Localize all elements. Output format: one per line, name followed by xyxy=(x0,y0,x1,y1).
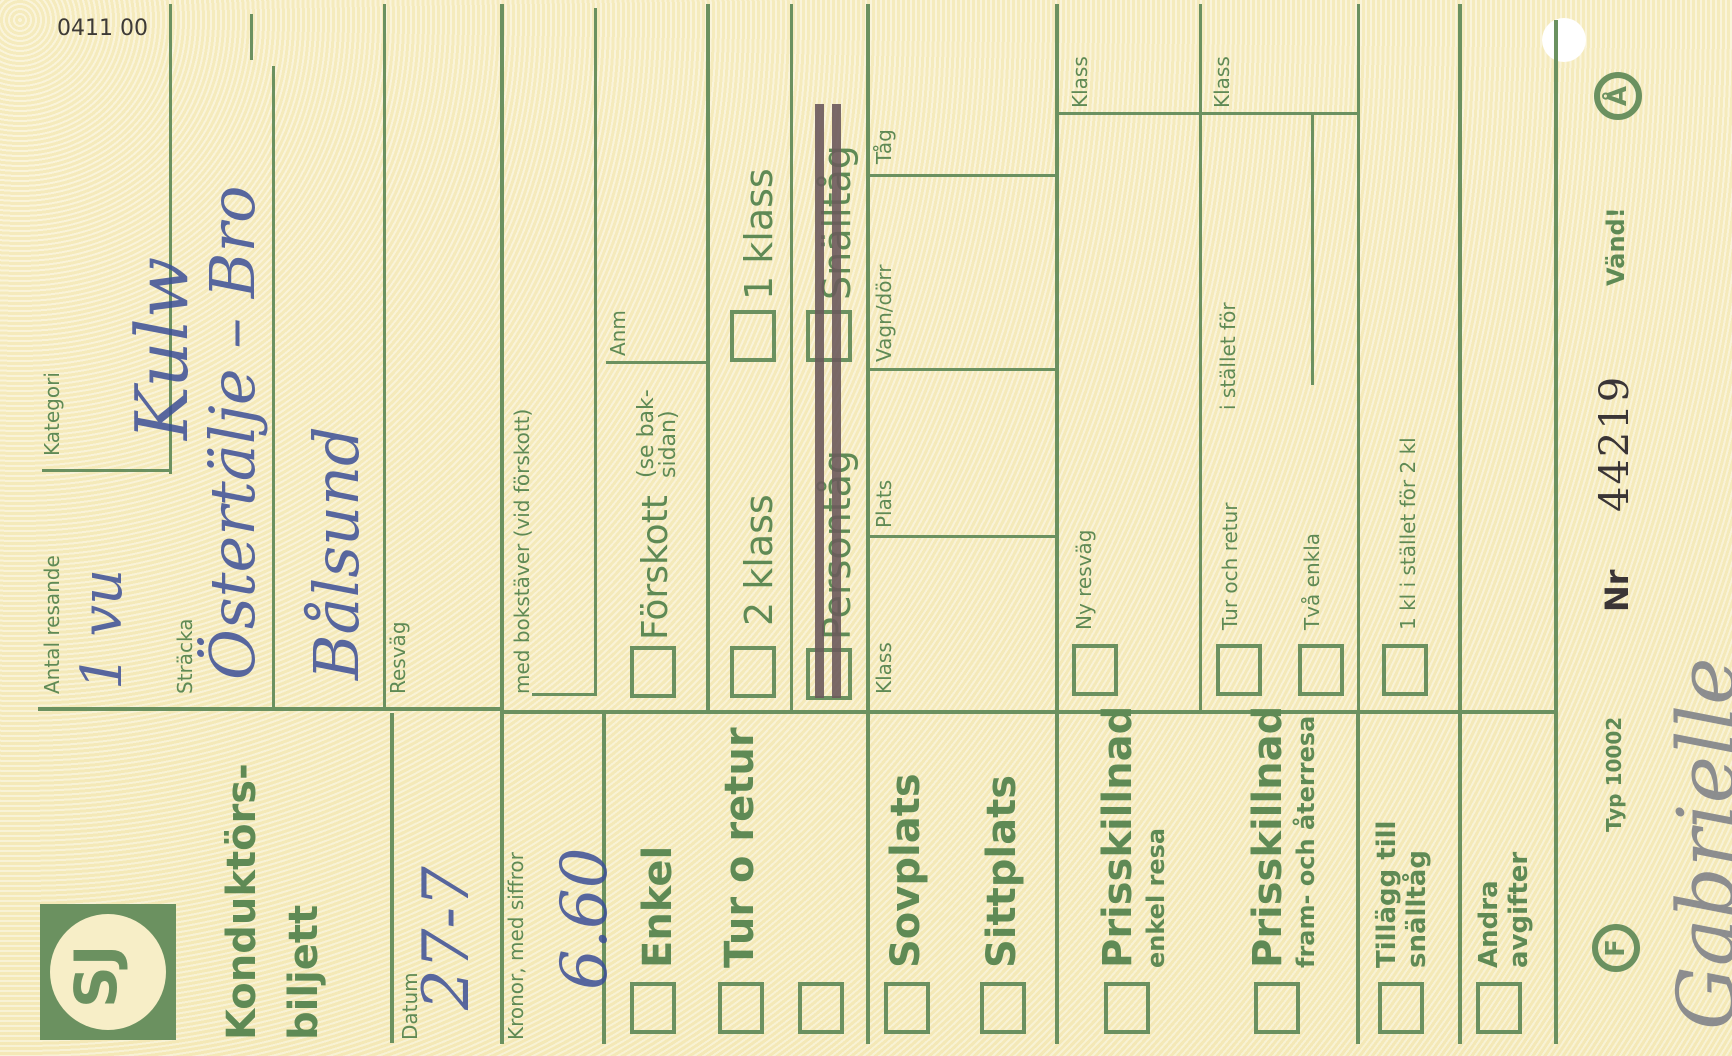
divider xyxy=(42,469,170,472)
checkbox-sittplats[interactable] xyxy=(980,982,1026,1034)
checkbox-forskott[interactable] xyxy=(630,646,676,698)
label-tag: Tåg xyxy=(874,129,894,164)
label-antal-resande: Antal resande xyxy=(42,555,62,694)
label-tillagg: Tillägg till xyxy=(1374,821,1400,968)
divider xyxy=(870,174,1056,177)
label-tur-o-retur: Tur o retur xyxy=(720,727,760,968)
label-prisskillnad-fram-ater: Prisskillnad xyxy=(1248,706,1288,968)
divider xyxy=(1357,4,1360,712)
checkbox-snalltag[interactable] xyxy=(806,310,852,362)
strikethrough-line xyxy=(815,104,824,698)
ticket-type: Typ 10002 xyxy=(1604,717,1624,832)
label-tva-enkla: Två enkla xyxy=(1302,533,1322,630)
ticket-number-label: Nr xyxy=(1598,569,1636,612)
label-med-bokstaver: med bokstäver (vid förskott) xyxy=(512,409,532,694)
divider xyxy=(532,693,597,696)
punch-hole xyxy=(1542,18,1586,62)
label-andra: Andra xyxy=(1476,880,1502,968)
handwritten-kronor: 6.60 xyxy=(548,848,622,991)
divider xyxy=(500,710,1558,714)
checkbox-1kl-for-2kl[interactable] xyxy=(1382,644,1428,696)
checkbox-2-klass[interactable] xyxy=(730,646,776,698)
label-klass-b: Klass xyxy=(1212,56,1232,108)
label-sovplats: Sovplats xyxy=(886,773,926,968)
handwritten-signature: Gabrielle xyxy=(1660,658,1732,1031)
label-plats: Plats xyxy=(874,480,894,528)
sj-logo-text: SJ xyxy=(62,945,130,1008)
divider xyxy=(870,368,1056,371)
label-stracka: Sträcka xyxy=(175,619,195,695)
label-forskott-note: (se bak- sidan) xyxy=(636,388,680,478)
label-tillagg-sub: snälltåg xyxy=(1404,850,1430,968)
divider xyxy=(1356,714,1360,1044)
symbol-bottom: F xyxy=(1592,924,1640,972)
divider xyxy=(866,4,870,1044)
symbol-bottom-letter: F xyxy=(1598,930,1634,966)
label-enkel: Enkel xyxy=(638,846,678,968)
label-tur-och-retur: Tur och retur xyxy=(1220,502,1240,630)
symbol-top-letter: Å xyxy=(1600,78,1636,114)
checkbox-1-klass[interactable] xyxy=(730,310,776,362)
divider xyxy=(1554,20,1558,1044)
handwritten-resvag: Bålsund xyxy=(300,426,373,680)
label-forskott: Förskott xyxy=(638,495,674,640)
divider xyxy=(594,8,597,694)
divider xyxy=(1311,115,1314,385)
handwritten-datum: 27-7 xyxy=(410,866,484,1010)
divider xyxy=(870,535,1056,538)
title-line2: biljett xyxy=(284,905,324,1040)
title-line1: Konduktörs- xyxy=(222,763,262,1040)
divider xyxy=(38,707,502,711)
label-vagn-dorr: Vagn/dörr xyxy=(874,264,894,362)
label-andra-sub: avgifter xyxy=(1506,852,1532,968)
label-klass-seat: Klass xyxy=(874,642,894,694)
divider xyxy=(1059,112,1359,115)
checkbox-enkel[interactable] xyxy=(630,982,676,1034)
label-kategori: Kategori xyxy=(42,372,62,456)
divider xyxy=(390,713,394,1043)
divider xyxy=(383,4,386,709)
label-prisskillnad-fram-ater-sub: fram- och återresa xyxy=(1294,716,1318,968)
label-anm: Anm xyxy=(608,310,628,356)
checkbox-tur-o-retur[interactable] xyxy=(718,982,764,1034)
handwritten-kategori: Kulw xyxy=(120,257,204,440)
divider xyxy=(1199,4,1202,712)
checkbox-andra[interactable] xyxy=(1476,982,1522,1034)
label-prisskillnad-enkel-sub: enkel resa xyxy=(1144,828,1168,968)
label-i-stallet-for: i stället för xyxy=(1218,302,1238,410)
label-1-klass: 1 klass xyxy=(740,168,778,300)
label-ny-resvag: Ny resväg xyxy=(1074,530,1094,630)
label-resvag: Resväg xyxy=(388,621,408,694)
strikethrough-line xyxy=(832,104,841,698)
checkbox-sovplats[interactable] xyxy=(884,982,930,1034)
divider xyxy=(706,4,710,710)
checkbox-tillagg[interactable] xyxy=(1378,982,1424,1034)
handwritten-stracka: Östertälje – Bro xyxy=(196,186,269,680)
turn-over-label: Vänd! xyxy=(1604,207,1628,286)
checkbox-tur-och-retur[interactable] xyxy=(1216,644,1262,696)
divider xyxy=(1458,4,1462,1044)
form-code: 0411 00 xyxy=(57,16,148,41)
checkbox-ny-resvag[interactable] xyxy=(1072,644,1118,696)
label-klass-a: Klass xyxy=(1070,56,1090,108)
handwritten-antal: 1 vu xyxy=(70,569,135,690)
ticket-number: 44219 xyxy=(1592,375,1638,512)
checkbox-persontag[interactable] xyxy=(806,648,852,700)
label-kronor: Kronor, med siffror xyxy=(506,852,526,1040)
checkbox-prisskillnad-fram-ater[interactable] xyxy=(1254,982,1300,1034)
divider xyxy=(250,14,253,60)
label-prisskillnad-enkel: Prisskillnad xyxy=(1098,706,1138,968)
divider xyxy=(1055,4,1059,1044)
checkbox-tva-enkla[interactable] xyxy=(1298,644,1344,696)
divider xyxy=(606,361,708,364)
label-1kl-for-2kl: 1 kl i stället för 2 kl xyxy=(1398,437,1418,630)
label-sittplats: Sittplats xyxy=(982,775,1022,968)
sj-logo: SJ xyxy=(40,904,176,1040)
divider xyxy=(272,66,275,709)
checkbox-prisskillnad-enkel[interactable] xyxy=(1104,982,1150,1034)
divider xyxy=(790,4,793,710)
label-2-klass: 2 klass xyxy=(740,494,778,626)
checkbox-extra[interactable] xyxy=(798,982,844,1034)
symbol-top: Å xyxy=(1594,72,1642,120)
